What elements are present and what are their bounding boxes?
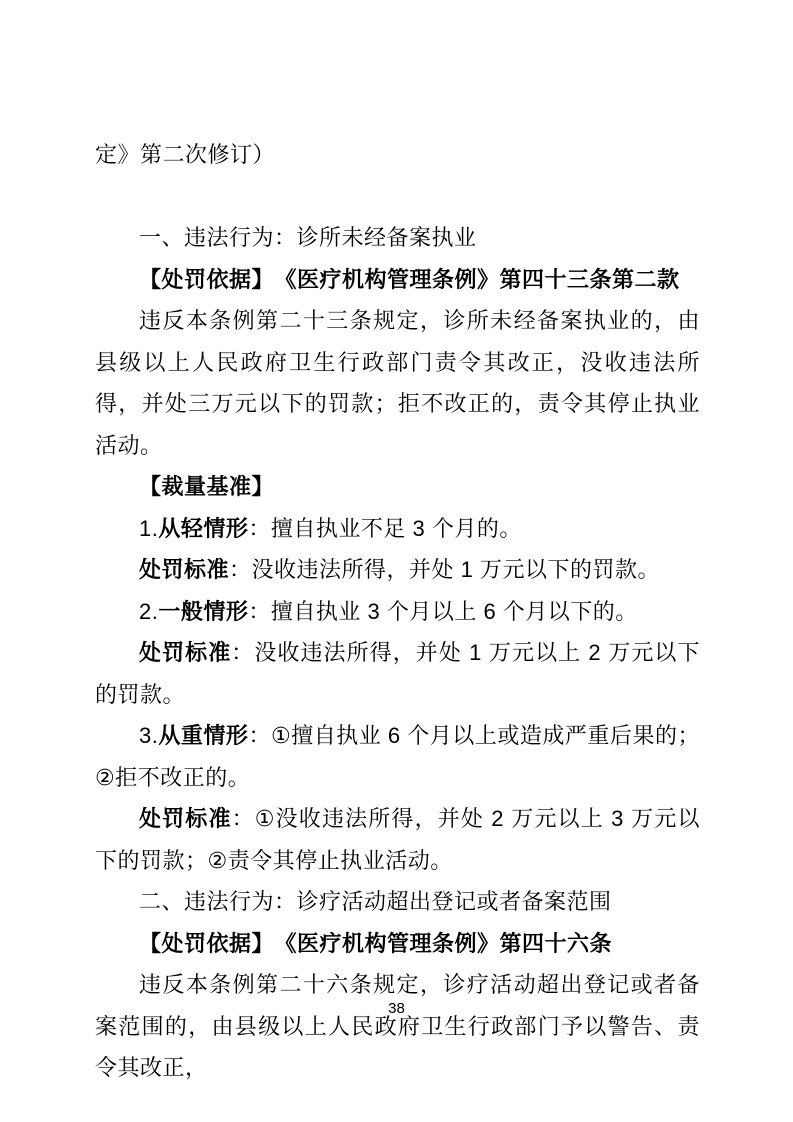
page-number: 38 [0,1000,793,1018]
bold-text-run: 【处罚依据】 《医疗机构管理条例》第四十三条第二款 [139,267,680,292]
text-run: 违反本条例第二十三条规定，诊所未经备案执业的，由县级以上人民政府卫生行政部门责令… [95,308,700,458]
blank-line [95,176,700,218]
text-run: 二、违法行为：诊疗活动超出登记或者备案范围 [139,889,612,914]
bold-text-run: 从轻情形 [158,516,248,541]
text-run: 违反本条例第二十六条规定，诊疗活动超出登记或者备案范围的，由县级以上人民政府卫生… [95,972,700,1080]
bold-text-run: 【裁量基准】 [139,474,274,499]
paragraph: 2.一般情形：擅自执业 3 个月以上 6 个月以下的。 [95,591,700,633]
bold-text-run: 一般情形 [158,599,248,624]
document-page: 定》第二次修订） 一、违法行为：诊所未经备案执业【处罚依据】 《医疗机构管理条例… [0,0,793,1122]
paragraph: 处罚标准：没收违法所得，并处 1 万元以下的罚款。 [95,549,700,591]
text-run: ：擅自执业不足 3 个月的。 [248,516,521,541]
paragraph: 违反本条例第二十三条规定，诊所未经备案执业的，由县级以上人民政府卫生行政部门责令… [95,300,700,466]
paragraph: 处罚标准：①没收违法所得，并处 2 万元以上 3 万元以下的罚款；②责令其停止执… [95,798,700,881]
paragraph: 一、违法行为：诊所未经备案执业 [95,217,700,259]
paragraph: 【裁量基准】 [95,466,700,508]
paragraph: 1.从轻情形：擅自执业不足 3 个月的。 [95,508,700,550]
paragraph: 3.从重情形：①擅自执业 6 个月以上或造成严重后果的；②拒不改正的。 [95,715,700,798]
text-run: ：没收违法所得，并处 1 万元以下的罚款。 [229,557,660,582]
bold-text-run: 从重情形 [158,723,248,748]
text-run: 一、违法行为：诊所未经备案执业 [139,225,477,250]
text-run: 3. [139,723,158,748]
text-run: 1. [139,516,158,541]
text-run: ：擅自执业 3 个月以上 6 个月以下的。 [248,599,637,624]
bold-text-run: 处罚标准 [139,557,229,582]
paragraph: 定》第二次修订） [95,134,700,176]
bold-text-run: 处罚标准 [139,806,232,831]
text-run: 定》第二次修订） [95,142,275,167]
bold-text-run: 【处罚依据】 《医疗机构管理条例》第四十六条 [139,931,612,956]
paragraph: 二、违法行为：诊疗活动超出登记或者备案范围 [95,881,700,923]
paragraph: 违反本条例第二十六条规定，诊疗活动超出登记或者备案范围的，由县级以上人民政府卫生… [95,964,700,1089]
paragraph: 【处罚依据】 《医疗机构管理条例》第四十三条第二款 [95,259,700,301]
document-body: 定》第二次修订） 一、违法行为：诊所未经备案执业【处罚依据】 《医疗机构管理条例… [95,134,700,1089]
bold-text-run: 处罚标准 [139,640,231,665]
paragraph: 处罚标准：没收违法所得，并处 1 万元以上 2 万元以下的罚款。 [95,632,700,715]
text-run: 2. [139,599,158,624]
paragraph: 【处罚依据】 《医疗机构管理条例》第四十六条 [95,923,700,965]
